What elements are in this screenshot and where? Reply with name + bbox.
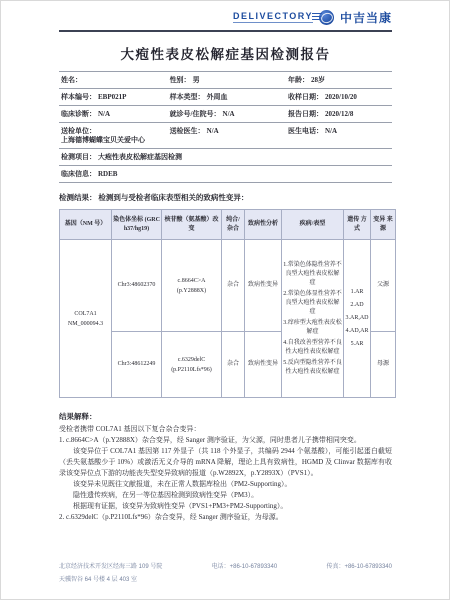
info-row-3: 临床诊断： N/A 就诊号/住院号： N/A 报告日期： 2020/12/8 (59, 106, 392, 123)
zygosity-cell: 杂合 (222, 332, 245, 398)
field-sample-type: 样本类型： 外周血 (170, 93, 288, 102)
info-row-1: 姓名： 性别： 男 年龄： 28岁 (59, 72, 392, 89)
footer-fax: 传真：+86-10-67893340 (326, 561, 392, 574)
interpretation-paragraph: 受检者携带 COL7A1 基因以下复合杂合变异： (59, 424, 392, 435)
logo-wordmark: DELIVECTORY (233, 11, 313, 23)
field-referring-unit: 送检单位：上海德博蝴蝶宝贝关爱中心 (61, 127, 170, 145)
footer-phone: 电话：+86-10-67893340 (212, 561, 278, 574)
interpretation-paragraph: 1. c.8664C>A（p.Y2888X）杂合变异，经 Sanger 测序验证… (59, 435, 392, 446)
footer-address: 北京经济技术开发区经海三路 109 号院 天骥智谷 64 号楼 4 层 403 … (59, 561, 162, 587)
gene-cell: COL7A1 NM_000094.3 (60, 240, 112, 398)
col-coordinate: 染色体坐标 (GRCh37/hg19) (112, 210, 162, 240)
origin-cell: 父源 (371, 240, 396, 332)
change-cell: c.8664C>A (p.Y2888X) (162, 240, 222, 332)
info-row-5: 检测项目： 大疱性表皮松解症基因检测 (59, 149, 392, 166)
field-received-date: 收样日期： 2020/10/20 (288, 93, 390, 102)
pathogenicity-cell: 致病性变异 (245, 332, 282, 398)
col-pathogenicity: 致病性分析 (245, 210, 282, 240)
variant-table: 基因（NM 号） 染色体坐标 (GRCh37/hg19) 核苷酸（氨基酸）改变 … (59, 209, 396, 398)
coordinate-cell: Chr3:48612249 (112, 332, 162, 398)
coordinate-cell: Chr3:48602370 (112, 240, 162, 332)
info-row-4: 送检单位：上海德博蝴蝶宝贝关爱中心 送检医生： N/A 医生电话： N/A (59, 123, 392, 149)
field-report-date: 报告日期： 2020/12/8 (288, 110, 390, 119)
zygosity-cell: 杂合 (222, 240, 245, 332)
field-age: 年龄： 28岁 (288, 76, 390, 85)
field-sample-id: 样本编号： EBP021P (61, 93, 170, 102)
field-visit-number: 就诊号/住院号： N/A (170, 110, 288, 119)
result-heading: 检测结果： 检测到与受检者临床表型相关的致病性变异： (59, 192, 392, 203)
header-divider (59, 30, 392, 32)
interpretation-paragraph: 隐性遗传疾病，在另一等位基因检测到致病性变异（PM3）。 (59, 490, 392, 501)
field-referring-doctor: 送检医生： N/A (170, 127, 288, 145)
patient-info-table: 姓名： 性别： 男 年龄： 28岁 样本编号： EBP021P 样本类型： 外周… (59, 71, 392, 183)
globe-icon (319, 10, 334, 25)
info-row-6: 临床信息： RDEB (59, 166, 392, 183)
interpretation-paragraph: 该变异未见既往文献报道，未在正常人数据库检出（PM2-Supporting）。 (59, 479, 392, 490)
change-cell: c.6329delC (p.P2110Lfs*96) (162, 332, 222, 398)
interpretation-heading: 结果解释： (59, 411, 392, 422)
col-inheritance: 遗传 方式 (344, 210, 371, 240)
company-logo: DELIVECTORY 中吉当康 (59, 7, 392, 27)
col-change: 核苷酸（氨基酸）改变 (162, 210, 222, 240)
col-origin: 变异 来源 (371, 210, 396, 240)
col-zygosity: 纯合/ 杂合 (222, 210, 245, 240)
interpretation-section: 结果解释： 受检者携带 COL7A1 基因以下复合杂合变异： 1. c.8664… (59, 411, 392, 523)
interpretation-paragraph: 2. c.6329delC（p.P2110Lfs*96）杂合变异，经 Sange… (59, 512, 392, 523)
pathogenicity-cell: 致病性变异 (245, 240, 282, 332)
interpretation-paragraph: 根据现有证据，该变异为致病性变异（PVS1+PM3+PM2-Supporting… (59, 501, 392, 512)
field-clinical-info: 临床信息： RDEB (61, 170, 390, 179)
field-test-project: 检测项目： 大疱性表皮松解症基因检测 (61, 153, 390, 162)
page-footer: 北京经济技术开发区经海三路 109 号院 天骥智谷 64 号楼 4 层 403 … (59, 561, 392, 587)
report-title: 大疱性表皮松解症基因检测报告 (59, 43, 392, 63)
field-gender: 性别： 男 (170, 76, 288, 85)
variant-row-1: COL7A1 NM_000094.3 Chr3:48602370 c.8664C… (60, 240, 396, 332)
logo-chinese-name: 中吉当康 (340, 9, 392, 26)
report-page: DELIVECTORY 中吉当康 大疱性表皮松解症基因检测报告 姓名： 性别： … (0, 0, 450, 600)
origin-cell: 母源 (371, 332, 396, 398)
col-gene: 基因（NM 号） (60, 210, 112, 240)
info-row-2: 样本编号： EBP021P 样本类型： 外周血 收样日期： 2020/10/20 (59, 89, 392, 106)
inheritance-cell: 1.AR 2.AD 3.AR,AD 4.AD,AR 5.AR (344, 240, 371, 398)
interpretation-paragraph: 该变异位于 COL7A1 基因第 117 外显子（共 118 个外显子，共编码 … (59, 446, 392, 479)
field-name: 姓名： (61, 76, 170, 85)
phenotype-cell: 1.常染色体隐性营养不良型大疱性表皮松解症 2.常染色体显性营养不良型大疱性表皮… (282, 240, 344, 398)
field-doctor-phone: 医生电话： N/A (288, 127, 390, 145)
variant-table-header-row: 基因（NM 号） 染色体坐标 (GRCh37/hg19) 核苷酸（氨基酸）改变 … (60, 210, 396, 240)
field-clinical-diagnosis: 临床诊断： N/A (61, 110, 170, 119)
col-phenotype: 疾病/表型 (282, 210, 344, 240)
